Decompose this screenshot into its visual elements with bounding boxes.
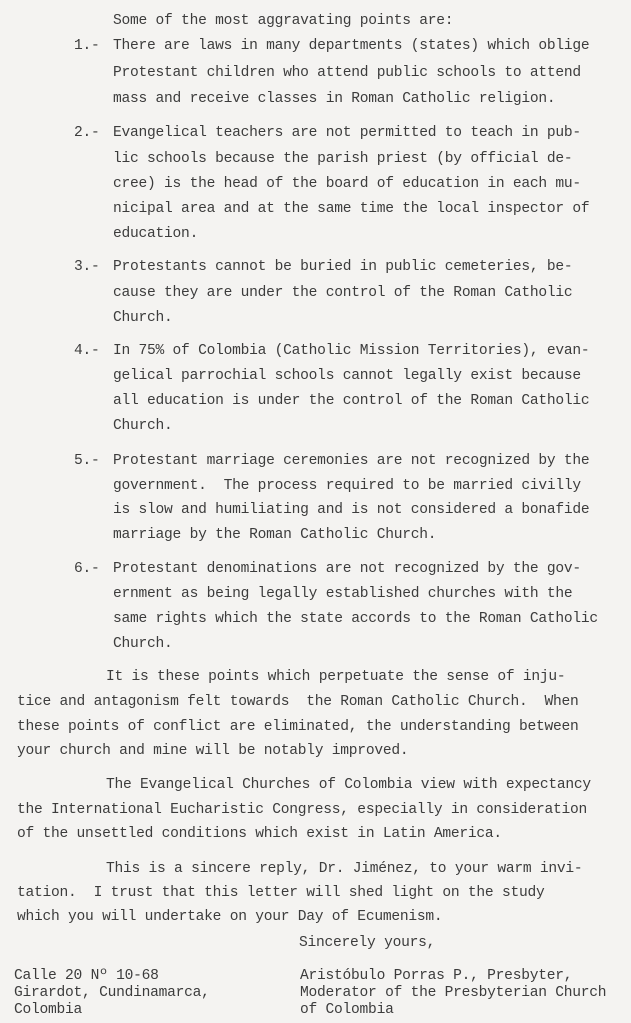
paragraph-line: of the unsettled conditions which exist … [17, 825, 502, 843]
point-line: There are laws in many departments (stat… [113, 37, 589, 55]
paragraph-line: these points of conflict are eliminated,… [17, 718, 579, 736]
point-line: same rights which the state accords to t… [113, 610, 598, 628]
paragraph-line: the International Eucharistic Congress, … [17, 801, 587, 819]
point-line: Church. [113, 417, 173, 435]
point-line: government. The process required to be m… [113, 477, 581, 495]
paragraph-line: This is a sincere reply, Dr. Jiménez, to… [106, 860, 582, 878]
point-line: Protestant denominations are not recogni… [113, 560, 581, 578]
point-number: 4.- [74, 342, 100, 360]
point-line: lic schools because the parish priest (b… [113, 150, 572, 168]
point-line: cree) is the head of the board of educat… [113, 175, 581, 193]
point-line: Protestant marriage ceremonies are not r… [113, 452, 589, 470]
signature-line: of Colombia [300, 1002, 394, 1018]
address-line: Colombia [14, 1002, 82, 1018]
intro-line: Some of the most aggravating points are: [113, 12, 453, 30]
point-line: is slow and humiliating and is not consi… [113, 501, 589, 519]
point-line: all education is under the control of th… [113, 392, 589, 410]
paragraph-line: tice and antagonism felt towards the Rom… [17, 693, 579, 711]
point-number: 6.- [74, 560, 100, 578]
point-line: Church. [113, 635, 173, 653]
address-line: Girardot, Cundinamarca, [14, 985, 210, 1001]
point-line: education. [113, 225, 198, 243]
point-line: In 75% of Colombia (Catholic Mission Ter… [113, 342, 589, 360]
address-line: Calle 20 Nº 10-68 [14, 968, 159, 984]
signature-line: Moderator of the Presbyterian Church [300, 985, 606, 1001]
point-line: Evangelical teachers are not permitted t… [113, 124, 581, 142]
point-line: Church. [113, 309, 173, 327]
paragraph-line: tation. I trust that this letter will sh… [17, 884, 544, 902]
point-line: nicipal area and at the same time the lo… [113, 200, 589, 218]
point-line: Protestant children who attend public sc… [113, 64, 581, 82]
point-number: 2.- [74, 124, 100, 142]
point-line: gelical parrochial schools cannot legall… [113, 367, 581, 385]
point-number: 1.- [74, 37, 100, 55]
paragraph-line: It is these points which perpetuate the … [106, 668, 565, 686]
point-line: mass and receive classes in Roman Cathol… [113, 90, 555, 108]
paragraph-line: which you will undertake on your Day of … [17, 908, 442, 926]
paragraph-line: your church and mine will be notably imp… [17, 742, 408, 760]
point-number: 3.- [74, 258, 100, 276]
point-number: 5.- [74, 452, 100, 470]
signature-line: Aristóbulo Porras P., Presbyter, [300, 968, 572, 984]
point-line: Protestants cannot be buried in public c… [113, 258, 572, 276]
letter-page: Some of the most aggravating points are:… [0, 0, 631, 1023]
point-line: cause they are under the control of the … [113, 284, 572, 302]
closing: Sincerely yours, [299, 934, 435, 952]
point-line: ernment as being legally established chu… [113, 585, 572, 603]
point-line: marriage by the Roman Catholic Church. [113, 526, 436, 544]
paragraph-line: The Evangelical Churches of Colombia vie… [106, 776, 591, 794]
